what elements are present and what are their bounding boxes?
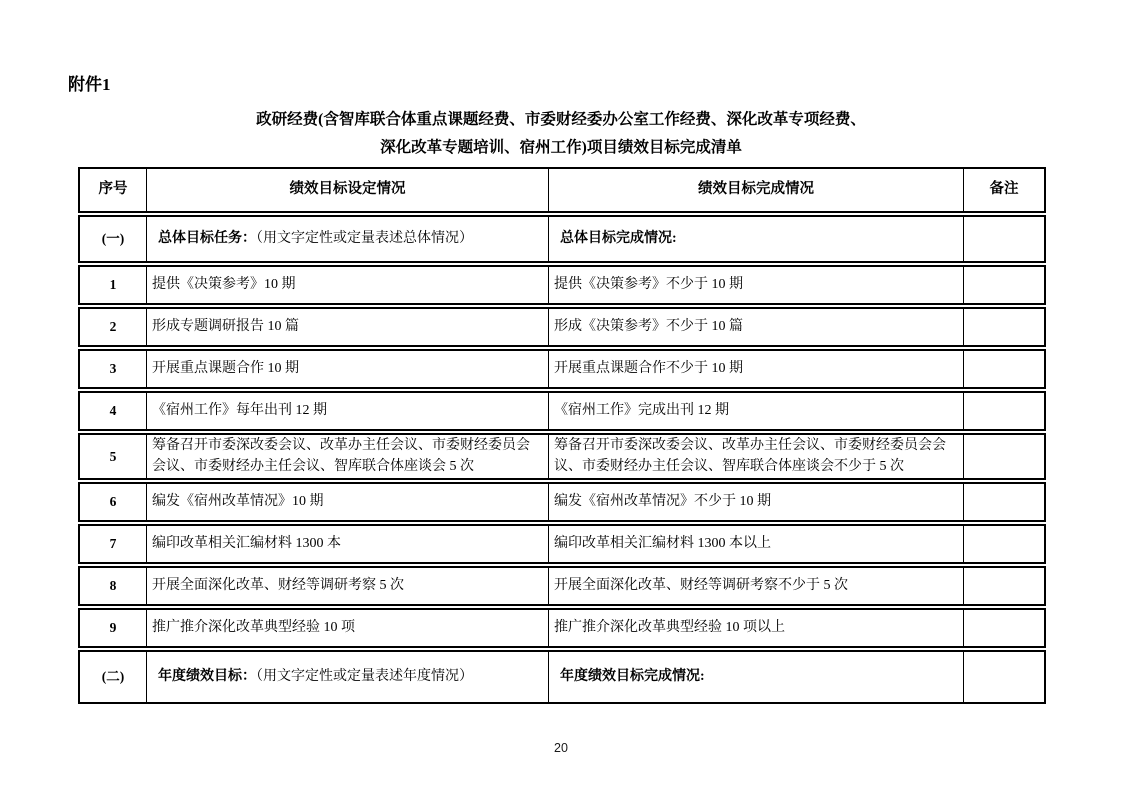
section-note: （用文字定性或定量表述年度情况）	[256, 669, 473, 684]
document-title-line-1: 政研经费(含智库联合体重点课题经费、市委财经委办公室工作经费、深化改革专项经费、	[0, 106, 1122, 134]
cell-target-completion: 筹备召开市委深改委会议、改革办主任会议、市委财经委员会会议、市委财经办主任会议、…	[549, 435, 964, 478]
table-header-row: 序号 绩效目标设定情况 绩效目标完成情况 备注	[78, 167, 1046, 213]
cell-target-completion: 开展重点课题合作不少于 10 期	[549, 351, 964, 387]
cell-target-setting: 开展重点课题合作 10 期	[147, 351, 549, 387]
header-serial-number: 序号	[80, 169, 147, 211]
document-title-line-2: 深化改革专题培训、宿州工作)项目绩效目标完成清单	[0, 134, 1122, 162]
table-row-3: 3 开展重点课题合作 10 期 开展重点课题合作不少于 10 期	[78, 349, 1046, 389]
cell-serial: 1	[80, 267, 147, 303]
page-number: 20	[0, 741, 1122, 755]
cell-remarks	[964, 568, 1044, 604]
table-row-section-1: (一) 总体目标任务：（用文字定性或定量表述总体情况） 总体目标完成情况:	[78, 215, 1046, 263]
cell-serial: 9	[80, 610, 147, 646]
cell-target-setting: 筹备召开市委深改委会议、改革办主任会议、市委财经委员会会议、市委财经办主任会议、…	[147, 435, 549, 478]
table-row-7: 7 编印改革相关汇编材料 1300 本 编印改革相关汇编材料 1300 本以上	[78, 524, 1046, 564]
cell-target-completion: 编发《宿州改革情况》不少于 10 期	[549, 484, 964, 520]
table-row-8: 8 开展全面深化改革、财经等调研考察 5 次 开展全面深化改革、财经等调研考察不…	[78, 566, 1046, 606]
cell-serial: (一)	[80, 217, 147, 261]
header-target-setting: 绩效目标设定情况	[147, 169, 549, 211]
section-label: 年度绩效目标：	[158, 669, 256, 684]
cell-target-setting: 编印改革相关汇编材料 1300 本	[147, 526, 549, 562]
document-title: 政研经费(含智库联合体重点课题经费、市委财经委办公室工作经费、深化改革专项经费、…	[0, 106, 1122, 162]
table-row-4: 4 《宿州工作》每年出刊 12 期 《宿州工作》完成出刊 12 期	[78, 391, 1046, 431]
cell-target-completion: 提供《决策参考》不少于 10 期	[549, 267, 964, 303]
table-row-5: 5 筹备召开市委深改委会议、改革办主任会议、市委财经委员会会议、市委财经办主任会…	[78, 433, 1046, 480]
cell-serial: 8	[80, 568, 147, 604]
cell-serial: 4	[80, 393, 147, 429]
cell-remarks	[964, 309, 1044, 345]
cell-remarks	[964, 393, 1044, 429]
cell-remarks	[964, 217, 1044, 261]
header-target-completion: 绩效目标完成情况	[549, 169, 964, 211]
cell-target-setting: 推广推介深化改革典型经验 10 项	[147, 610, 549, 646]
cell-serial: (二)	[80, 652, 147, 702]
cell-remarks	[964, 610, 1044, 646]
cell-serial: 2	[80, 309, 147, 345]
document-page: 附件1 政研经费(含智库联合体重点课题经费、市委财经委办公室工作经费、深化改革专…	[0, 0, 1122, 794]
cell-target-completion: 总体目标完成情况:	[549, 217, 964, 261]
cell-serial: 5	[80, 435, 147, 478]
cell-remarks	[964, 484, 1044, 520]
cell-target-setting: 开展全面深化改革、财经等调研考察 5 次	[147, 568, 549, 604]
cell-target-completion: 形成《决策参考》不少于 10 篇	[549, 309, 964, 345]
cell-target-completion: 推广推介深化改革典型经验 10 项以上	[549, 610, 964, 646]
table-row-6: 6 编发《宿州改革情况》10 期 编发《宿州改革情况》不少于 10 期	[78, 482, 1046, 522]
cell-target-completion: 开展全面深化改革、财经等调研考察不少于 5 次	[549, 568, 964, 604]
section-note: （用文字定性或定量表述总体情况）	[256, 231, 473, 246]
section-label: 总体目标任务：	[158, 231, 256, 246]
cell-remarks	[964, 351, 1044, 387]
header-remarks: 备注	[964, 169, 1044, 211]
cell-serial: 3	[80, 351, 147, 387]
cell-target-setting: 提供《决策参考》10 期	[147, 267, 549, 303]
cell-remarks	[964, 435, 1044, 478]
cell-serial: 6	[80, 484, 147, 520]
cell-target-completion: 编印改革相关汇编材料 1300 本以上	[549, 526, 964, 562]
cell-target-completion: 年度绩效目标完成情况:	[549, 652, 964, 702]
table-row-9: 9 推广推介深化改革典型经验 10 项 推广推介深化改革典型经验 10 项以上	[78, 608, 1046, 648]
cell-target-setting: 年度绩效目标：（用文字定性或定量表述年度情况）	[147, 652, 549, 702]
cell-target-setting: 《宿州工作》每年出刊 12 期	[147, 393, 549, 429]
cell-target-setting: 编发《宿州改革情况》10 期	[147, 484, 549, 520]
cell-remarks	[964, 267, 1044, 303]
cell-serial: 7	[80, 526, 147, 562]
cell-remarks	[964, 526, 1044, 562]
cell-target-setting: 总体目标任务：（用文字定性或定量表述总体情况）	[147, 217, 549, 261]
performance-target-table: 序号 绩效目标设定情况 绩效目标完成情况 备注 (一) 总体目标任务：（用文字定…	[78, 167, 1046, 704]
attachment-label: 附件1	[68, 70, 111, 95]
table-row-2: 2 形成专题调研报告 10 篇 形成《决策参考》不少于 10 篇	[78, 307, 1046, 347]
table-row-1: 1 提供《决策参考》10 期 提供《决策参考》不少于 10 期	[78, 265, 1046, 305]
cell-target-completion: 《宿州工作》完成出刊 12 期	[549, 393, 964, 429]
cell-remarks	[964, 652, 1044, 702]
cell-target-setting: 形成专题调研报告 10 篇	[147, 309, 549, 345]
table-row-section-2: (二) 年度绩效目标：（用文字定性或定量表述年度情况） 年度绩效目标完成情况:	[78, 650, 1046, 704]
